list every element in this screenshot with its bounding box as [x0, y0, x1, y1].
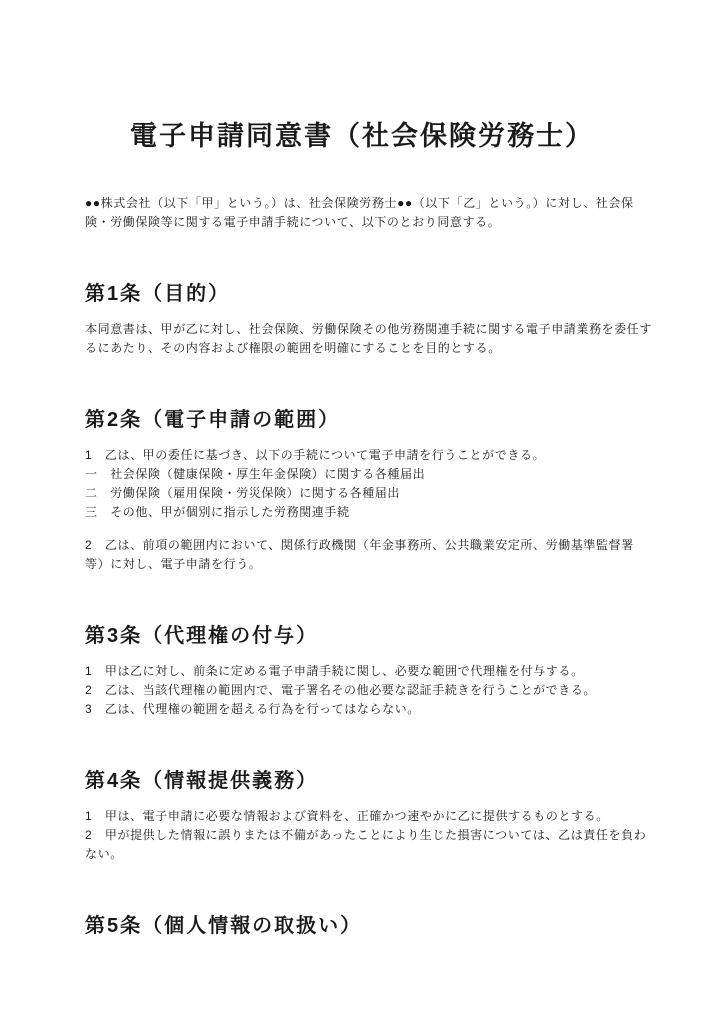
article-line: 2 乙は、前項の範囲内において、関係行政機関（年金事務所、公共職業安定所、労働基…: [85, 536, 724, 555]
article: 第4条（情報提供義務）1 甲は、電子申請に必要な情報および資料を、正確かつ速やか…: [85, 767, 724, 864]
article-line: 二 労働保険（雇用保険・労災保険）に関する各種届出: [85, 484, 724, 503]
article: 第1条（目的）本同意書は、甲が乙に対し、社会保険、労働保険その他労務関連手続に関…: [85, 280, 724, 358]
article-block: 1 乙は、甲の委任に基づき、以下の手続について電子申請を行うことができる。一 社…: [85, 446, 724, 522]
article-heading: 第5条（個人情報の取扱い）: [85, 912, 724, 940]
articles: 第1条（目的）本同意書は、甲が乙に対し、社会保険、労働保険その他労務関連手続に関…: [85, 280, 724, 940]
article-heading: 第4条（情報提供義務）: [85, 767, 724, 795]
article-block: 1 甲は、電子申請に必要な情報および資料を、正確かつ速やかに乙に提供するものとす…: [85, 807, 724, 864]
article-heading: 第3条（代理権の付与）: [85, 622, 724, 650]
article-line: 2 乙は、当該代理権の範囲内で、電子署名その他必要な認証手続きを行うことができる…: [85, 681, 724, 700]
article: 第3条（代理権の付与）1 甲は乙に対し、前条に定める電子申請手続に関し、必要な範…: [85, 622, 724, 719]
article-heading: 第2条（電子申請の範囲）: [85, 406, 724, 434]
article-line: 三 その他、甲が個別に指示した労務関連手続: [85, 503, 724, 522]
intro-line: ●●株式会社（以下「甲」という。）は、社会保険労務士●●（以下「乙」という。）に…: [85, 194, 724, 213]
article-heading: 第1条（目的）: [85, 280, 724, 308]
article-line: 等）に対し、電子申請を行う。: [85, 555, 724, 574]
document-page: 電子申請同意書（社会保険労務士） ●●株式会社（以下「甲」という。）は、社会保険…: [0, 0, 724, 1024]
article-line: 1 乙は、甲の委任に基づき、以下の手続について電子申請を行うことができる。: [85, 446, 724, 465]
article: 第2条（電子申請の範囲）1 乙は、甲の委任に基づき、以下の手続について電子申請を…: [85, 406, 724, 574]
article-block: 1 甲は乙に対し、前条に定める電子申請手続に関し、必要な範囲で代理権を付与する。…: [85, 662, 724, 719]
intro-line: 険・労働保険等に関する電子申請手続について、以下のとおり同意する。: [85, 213, 724, 232]
article-block: 本同意書は、甲が乙に対し、社会保険、労働保険その他労務関連手続に関する電子申請業…: [85, 320, 724, 358]
intro-paragraph: ●●株式会社（以下「甲」という。）は、社会保険労務士●●（以下「乙」という。）に…: [85, 194, 724, 232]
article-line: 3 乙は、代理権の範囲を超える行為を行ってはならない。: [85, 700, 724, 719]
article-line: 2 甲が提供した情報に誤りまたは不備があったことにより生じた損害については、乙は…: [85, 826, 724, 845]
article: 第5条（個人情報の取扱い）: [85, 912, 724, 940]
article-line: 1 甲は乙に対し、前条に定める電子申請手続に関し、必要な範囲で代理権を付与する。: [85, 662, 724, 681]
article-line: るにあたり、その内容および権限の範囲を明確にすることを目的とする。: [85, 339, 724, 358]
article-block: 2 乙は、前項の範囲内において、関係行政機関（年金事務所、公共職業安定所、労働基…: [85, 536, 724, 574]
article-line: 一 社会保険（健康保険・厚生年金保険）に関する各種届出: [85, 465, 724, 484]
document-title: 電子申請同意書（社会保険労務士）: [0, 0, 724, 156]
article-line: 1 甲は、電子申請に必要な情報および資料を、正確かつ速やかに乙に提供するものとす…: [85, 807, 724, 826]
article-line: ない。: [85, 845, 724, 864]
article-line: 本同意書は、甲が乙に対し、社会保険、労働保険その他労務関連手続に関する電子申請業…: [85, 320, 724, 339]
